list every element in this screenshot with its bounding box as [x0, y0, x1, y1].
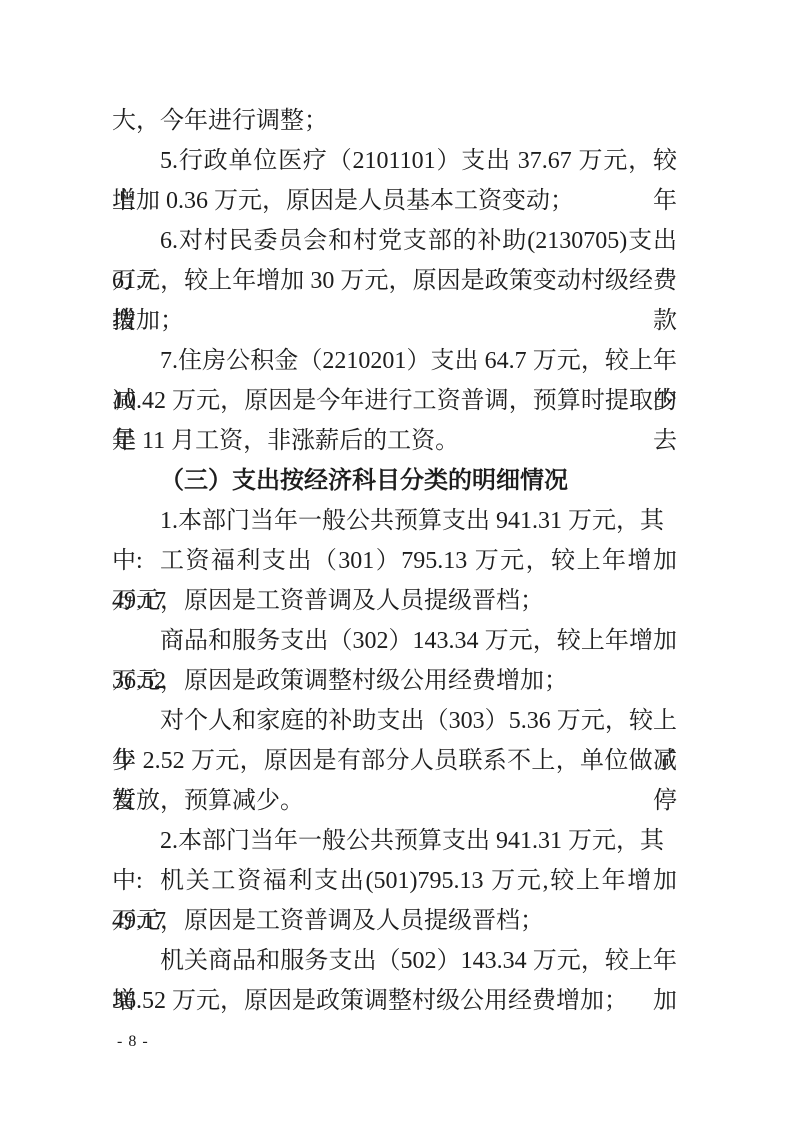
text-line: 万元，较上年增加 30 万元，原因是政策变动村级经费拨款 — [112, 261, 677, 301]
text-line: 1.本部门当年一般公共预算支出 941.31 万元，其中: — [112, 501, 677, 541]
text-line: 万元，原因是工资普调及人员提级晋档； — [112, 581, 677, 621]
text-line: 工资福利支出（301）795.13 万元，较上年增加 49.17 — [112, 541, 677, 581]
text-line: 少 2.52 万元，原因是有部分人员联系不上，单位做了暂停 — [112, 741, 677, 781]
text-line: 5.行政单位医疗（2101101）支出 37.67 万元，较上年 — [112, 141, 677, 181]
text-line: 机关商品和服务支出（502）143.34 万元，较上年增加 — [112, 941, 677, 981]
page-number: - 8 - — [117, 1032, 149, 1052]
document-page: 大，今年进行调整；5.行政单位医疗（2101101）支出 37.67 万元，较上… — [0, 0, 793, 1122]
text-line: 10.42 万元，原因是今年进行工资普调，预算时提取的是去 — [112, 381, 677, 421]
document-body: 大，今年进行调整；5.行政单位医疗（2101101）支出 37.67 万元，较上… — [112, 101, 677, 1021]
text-line: 36.52 万元，原因是政策调整村级公用经费增加； — [112, 981, 677, 1021]
text-line: 对个人和家庭的补助支出（303）5.36 万元，较上年减 — [112, 701, 677, 741]
section-heading: （三）支出按经济科目分类的明细情况 — [112, 461, 677, 501]
text-line: 万元，原因是工资普调及人员提级晋档； — [112, 901, 677, 941]
text-line: 商品和服务支出（302）143.34 万元，较上年增加 36.52 — [112, 621, 677, 661]
text-line: 大，今年进行调整； — [112, 101, 677, 141]
text-line: 7.住房公积金（2210201）支出 64.7 万元，较上年减少 — [112, 341, 677, 381]
text-line: 2.本部门当年一般公共预算支出 941.31 万元，其中: — [112, 821, 677, 861]
text-line: 6.对村民委员会和村党支部的补助(2130705)支出 61.7 — [112, 221, 677, 261]
text-line: 机关工资福利支出(501)795.13 万元,较上年增加 49.17 — [112, 861, 677, 901]
text-line: 万元，原因是政策调整村级公用经费增加； — [112, 661, 677, 701]
